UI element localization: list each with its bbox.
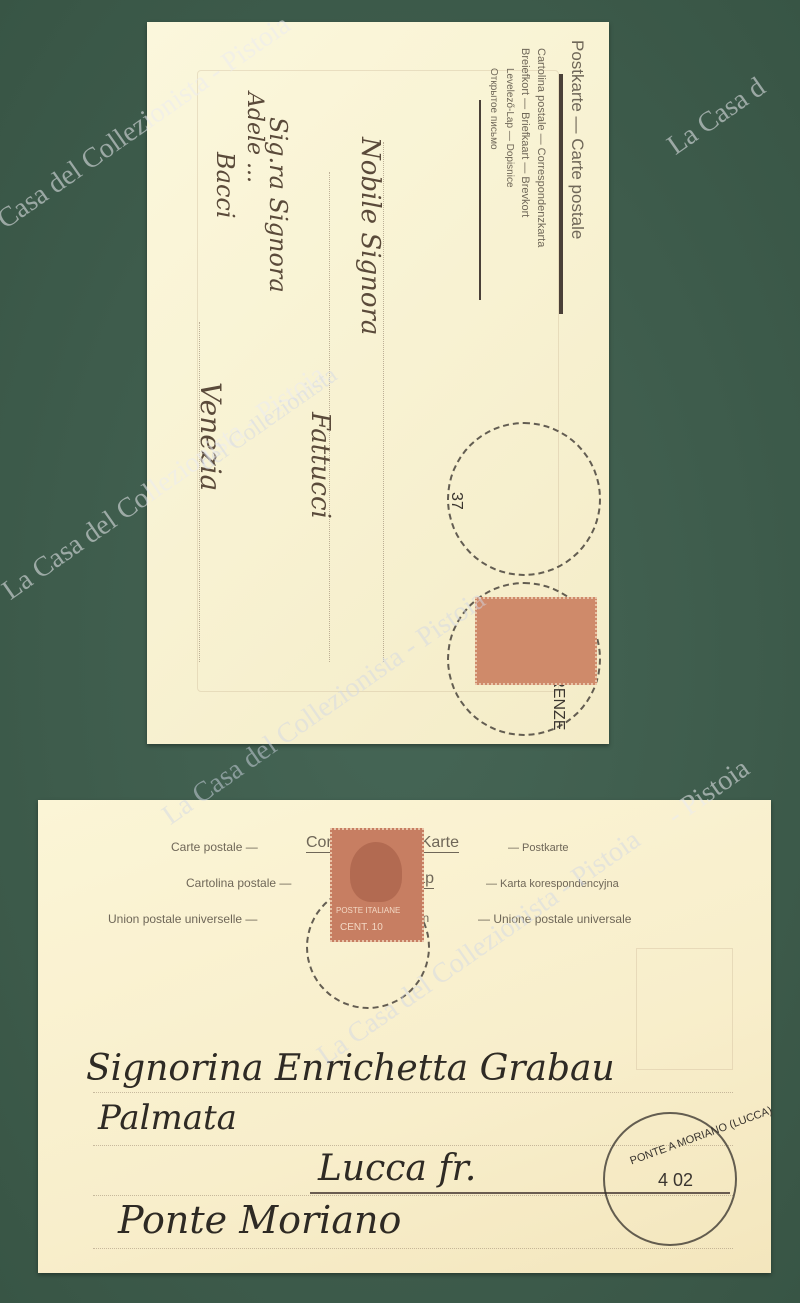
address-line (199, 322, 200, 662)
header-line: Carte postale — (171, 840, 258, 854)
handwriting: Fattucci (305, 412, 335, 519)
postmark-date: 4 02 (658, 1170, 693, 1191)
header-line: Cartolina postale — (186, 876, 291, 890)
strike-through (559, 74, 563, 314)
handwriting: Sig.ra Signora (264, 117, 292, 293)
strike-through (479, 100, 481, 300)
header-line: Cartolina postale — Correspondenzkarta (535, 48, 547, 247)
header-line: Breiefkort — Briefkaart — Brevkort (519, 48, 531, 217)
handwriting: Adele ... (242, 92, 267, 183)
stamp-value: CENT. 10 (340, 922, 383, 933)
stamp-text: POSTE ITALIANE (336, 906, 400, 915)
header-line: Union postale universelle — (108, 912, 257, 926)
address-line (93, 1092, 733, 1093)
postcard-top: Postkarte — Carte postale Cartolina post… (147, 22, 609, 744)
address-line (93, 1248, 733, 1249)
postage-stamp (475, 597, 597, 685)
postage-stamp: POSTE ITALIANE CENT. 10 (330, 828, 424, 942)
header-line: Postkarte — Carte postale (567, 40, 587, 239)
postmark-text: 37 (447, 492, 465, 510)
header-line: Открытое письмо (488, 68, 499, 150)
handwriting: Bacci (211, 152, 239, 219)
header-line: — Postkarte (508, 842, 569, 854)
address-line3: Lucca fr. (318, 1148, 476, 1189)
address-line4: Ponte Moriano (118, 1198, 401, 1242)
stamp-box (636, 948, 733, 1070)
handwriting: Nobile Signora (355, 137, 385, 335)
postcard-bottom: Carte postale — Correspondenz-Karte — Po… (38, 800, 771, 1273)
postmark-circle (447, 422, 601, 576)
address-line2: Palmata (98, 1098, 237, 1138)
header-line: Levelező-Lap — Dopisnice (504, 68, 515, 188)
king-portrait (350, 842, 402, 902)
